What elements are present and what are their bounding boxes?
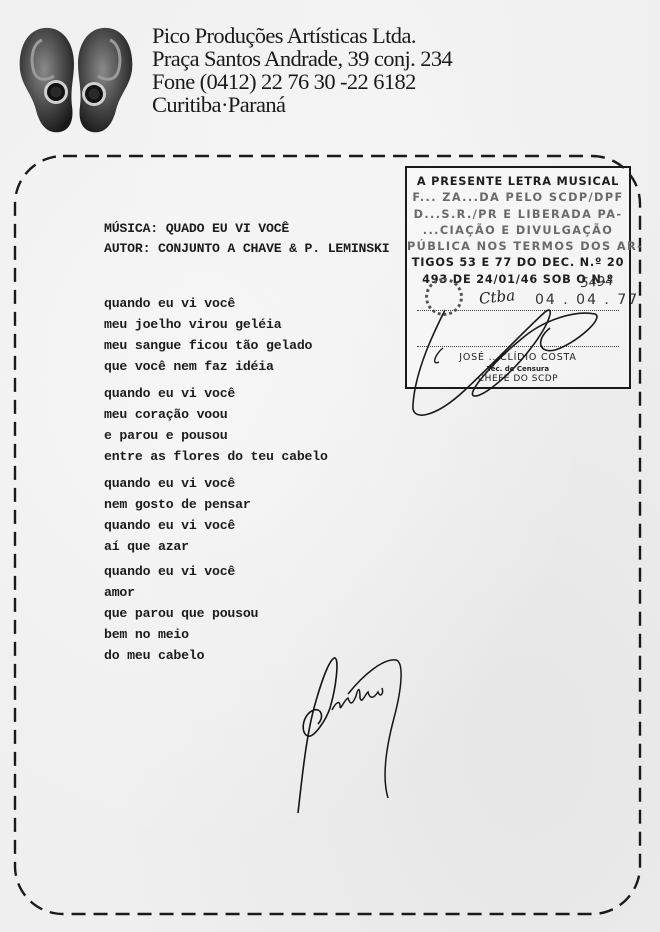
lyric-line: que parou que pousou — [104, 603, 328, 624]
company-name: Pico Produções Artísticas Ltda. — [152, 24, 452, 47]
lyric-line: meu coração voou — [104, 404, 328, 425]
registration-number: 5494 — [580, 274, 614, 291]
company-phone: Fone (0412) 22 76 30 -22 6182 — [152, 70, 452, 93]
lyric-line: quando eu vi você — [104, 473, 328, 494]
lyric-line: aí que azar — [104, 536, 328, 557]
lyric-line: entre as flores do teu cabelo — [104, 446, 328, 467]
stamp-line: PÚBLICA NOS TERMOS DOS AR- — [407, 239, 629, 255]
stamp-line: ...CIAÇÃO E DIVULGAÇÃO — [407, 223, 629, 239]
lyric-line: quando eu vi você — [104, 383, 328, 404]
stamp-text: A PRESENTE LETRA MUSICALF... ZA...DA PEL… — [407, 174, 629, 288]
lyric-line: meu joelho virou geléia — [104, 314, 328, 335]
lyric-line: que você nem faz idéia — [104, 356, 328, 377]
lyric-line: quando eu vi você — [104, 515, 328, 536]
song-header: MÚSICA: QUADO EU VI VOCÊ AUTOR: CONJUNTO… — [104, 219, 389, 259]
company-address: Praça Santos Andrade, 39 conj. 234 — [152, 47, 452, 70]
lyric-line: quando eu vi você — [104, 561, 328, 582]
lyric-line: meu sangue ficou tão gelado — [104, 335, 328, 356]
stamp-line: A PRESENTE LETRA MUSICAL — [407, 174, 629, 190]
lyric-line: amor — [104, 582, 328, 603]
stamp-line: F... ZA...DA PELO SCDP/DPF — [407, 190, 629, 206]
stanza: quando eu vi vocêmeu coração vooue parou… — [104, 383, 328, 467]
stanza: quando eu vi vocêmeu joelho virou geléia… — [104, 293, 328, 377]
lyric-line: e parou e pousou — [104, 425, 328, 446]
author-signature-icon — [284, 648, 408, 818]
lyric-line: bem no meio — [104, 624, 328, 645]
lyric-line: nem gosto de pensar — [104, 494, 328, 515]
ears-logo-icon — [14, 24, 138, 136]
company-info: Pico Produções Artísticas Ltda. Praça Sa… — [152, 24, 452, 116]
lyric-line: quando eu vi você — [104, 293, 328, 314]
song-author: AUTOR: CONJUNTO A CHAVE & P. LEMINSKI — [104, 239, 389, 259]
stamp-line: TIGOS 53 E 77 DO DEC. N.º 20 — [407, 255, 629, 271]
stanza: quando eu vi vocênem gosto de pensarquan… — [104, 473, 328, 557]
letterhead: Pico Produções Artísticas Ltda. Praça Sa… — [0, 0, 660, 150]
lyrics: quando eu vi vocêmeu joelho virou geléia… — [104, 293, 328, 672]
company-city: Curitiba·Paraná — [152, 93, 452, 116]
stamp-line: D...S.R./PR E LIBERADA PA- — [407, 207, 629, 223]
song-title: MÚSICA: QUADO EU VI VOCÊ — [104, 219, 389, 239]
censor-signature-icon — [405, 300, 625, 430]
